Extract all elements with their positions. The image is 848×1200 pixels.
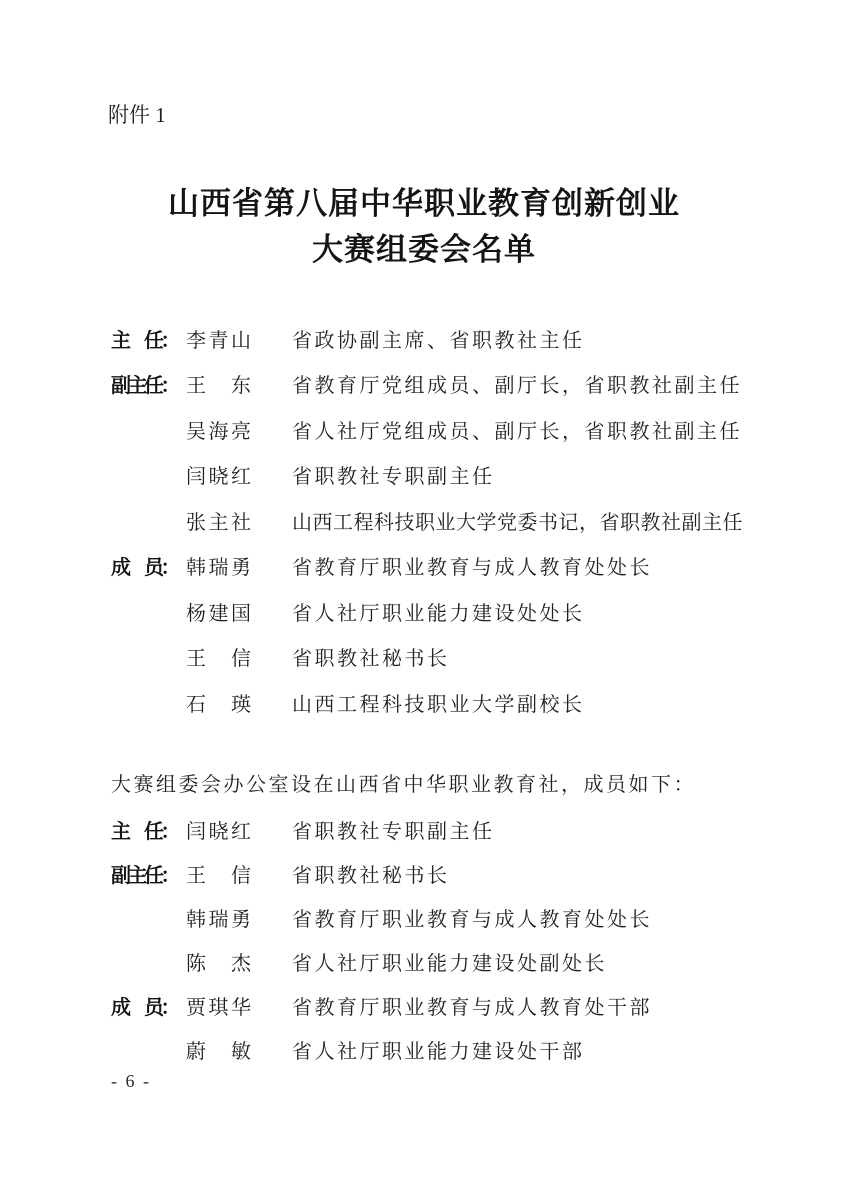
office-row: 陈 杰 省人社厅职业能力建设处副处长 (0, 942, 848, 986)
member-name: 石 瑛 (186, 693, 254, 717)
role-label: 成 员： (111, 556, 183, 580)
member-name: 闫晓红 (186, 465, 254, 489)
committee-roster: 主 任： 李青山 省政协副主席、省职教社主任 副主任： 王 东 省教育厅党组成员… (0, 318, 848, 728)
office-row: 韩瑞勇 省教育厅职业教育与成人教育处处长 (0, 898, 848, 942)
member-name: 王 东 (186, 374, 254, 398)
member-position: 山西工程科技职业大学党委书记，省职教社副主任 (292, 511, 743, 535)
member-position: 省教育厅党组成员、副厅长，省职教社副主任 (292, 374, 742, 398)
member-name: 杨建国 (186, 602, 254, 626)
member-position: 省职教社秘书长 (292, 647, 450, 671)
member-name: 张主社 (186, 511, 254, 535)
role-label: 副主任： (111, 374, 183, 398)
member-name: 蔚 敏 (186, 1040, 254, 1064)
member-name: 陈 杰 (186, 952, 254, 976)
page-number: - 6 - (111, 1071, 151, 1092)
member-position: 省政协副主席、省职教社主任 (292, 329, 585, 353)
role-label: 成 员： (111, 996, 183, 1020)
member-position: 省人社厅职业能力建设处干部 (292, 1040, 585, 1064)
committee-row: 闫晓红 省职教社专职副主任 (0, 455, 848, 501)
member-position: 省职教社秘书长 (292, 864, 450, 888)
attachment-label: 附件 1 (108, 103, 166, 127)
role-label: 主 任： (111, 329, 183, 353)
member-position: 省人社厅党组成员、副厅长，省职教社副主任 (292, 420, 742, 444)
member-position: 省职教社专职副主任 (292, 465, 495, 489)
office-row: 成 员： 贾琪华 省教育厅职业教育与成人教育处干部 (0, 986, 848, 1030)
document-page: 附件 1 山西省第八届中华职业教育创新创业 大赛组委会名单 主 任： 李青山 省… (0, 0, 848, 1200)
member-position: 省人社厅职业能力建设处处长 (292, 602, 585, 626)
member-position: 省人社厅职业能力建设处副处长 (292, 952, 607, 976)
document-title-line2: 大赛组委会名单 (0, 227, 848, 273)
member-name: 王 信 (186, 864, 254, 888)
committee-row: 副主任： 王 东 省教育厅党组成员、副厅长，省职教社副主任 (0, 364, 848, 410)
committee-row: 石 瑛 山西工程科技职业大学副校长 (0, 682, 848, 728)
member-name: 韩瑞勇 (186, 556, 254, 580)
member-name: 贾琪华 (186, 996, 254, 1020)
office-row: 主 任： 闫晓红 省职教社专职副主任 (0, 810, 848, 854)
office-row: 蔚 敏 省人社厅职业能力建设处干部 (0, 1030, 848, 1074)
member-name: 闫晓红 (186, 820, 254, 844)
member-name: 吴海亮 (186, 420, 254, 444)
document-title: 山西省第八届中华职业教育创新创业 大赛组委会名单 (0, 181, 848, 273)
committee-row: 主 任： 李青山 省政协副主席、省职教社主任 (0, 318, 848, 364)
committee-row: 王 信 省职教社秘书长 (0, 637, 848, 683)
member-name: 王 信 (186, 647, 254, 671)
member-position: 省职教社专职副主任 (292, 820, 495, 844)
member-position: 山西工程科技职业大学副校长 (292, 693, 585, 717)
member-position: 省教育厅职业教育与成人教育处处长 (292, 556, 652, 580)
document-title-line1: 山西省第八届中华职业教育创新创业 (0, 181, 848, 227)
office-roster: 主 任： 闫晓红 省职教社专职副主任 副主任： 王 信 省职教社秘书长 韩瑞勇 … (0, 810, 848, 1074)
office-row: 副主任： 王 信 省职教社秘书长 (0, 854, 848, 898)
member-position: 省教育厅职业教育与成人教育处处长 (292, 908, 652, 932)
office-intro-paragraph: 大赛组委会办公室设在山西省中华职业教育社，成员如下： (111, 773, 696, 797)
committee-row: 成 员： 韩瑞勇 省教育厅职业教育与成人教育处处长 (0, 546, 848, 592)
member-name: 李青山 (186, 329, 254, 353)
member-name: 韩瑞勇 (186, 908, 254, 932)
committee-row: 张主社 山西工程科技职业大学党委书记，省职教社副主任 (0, 500, 848, 546)
role-label: 副主任： (111, 864, 183, 888)
committee-row: 吴海亮 省人社厅党组成员、副厅长，省职教社副主任 (0, 409, 848, 455)
role-label: 主 任： (111, 820, 183, 844)
committee-row: 杨建国 省人社厅职业能力建设处处长 (0, 591, 848, 637)
member-position: 省教育厅职业教育与成人教育处干部 (292, 996, 652, 1020)
